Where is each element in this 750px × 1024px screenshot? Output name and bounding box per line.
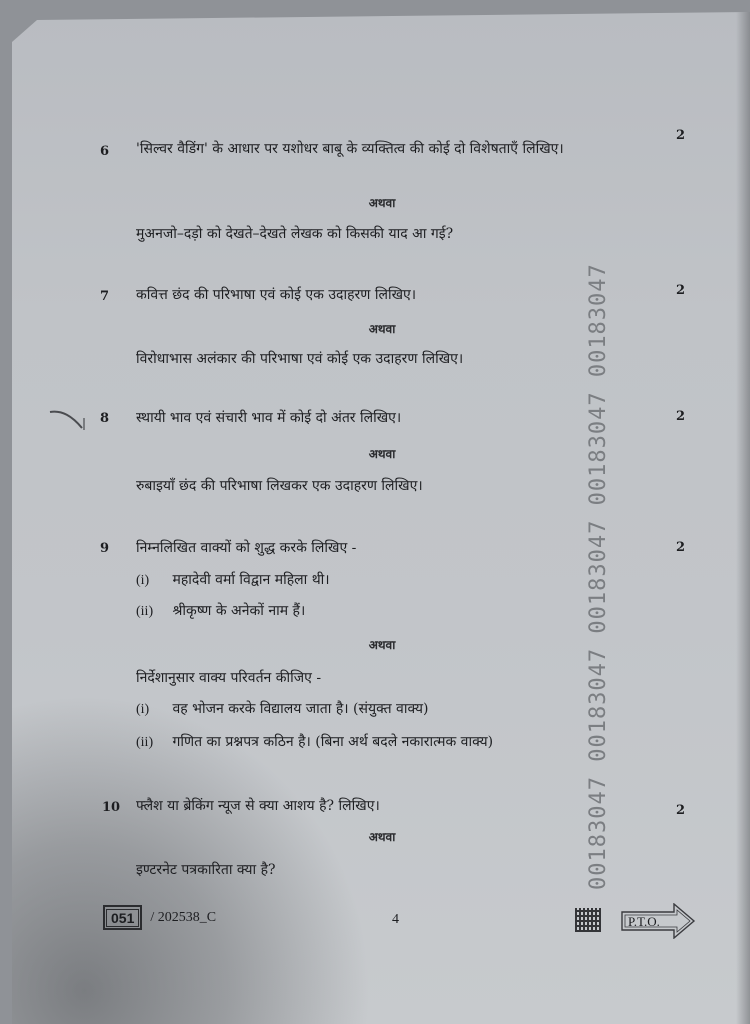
question-number: 9 <box>100 541 109 556</box>
pto-label: P.T.O. <box>628 914 660 930</box>
alternative-question: मुअनजो–दड़ो को देखते–देखते लेखक को किसकी… <box>136 224 616 243</box>
alt-subpart-item: (i) वह भोजन करके विद्यालय जाता है। (संयु… <box>136 699 429 718</box>
question-text: कवित्त छंद की परिभाषा एवं कोई एक उदाहरण … <box>136 283 606 307</box>
paper-code: 051 / 202538_C <box>103 905 216 930</box>
or-label: अथवा <box>0 320 750 337</box>
or-label: अथवा <box>0 636 750 653</box>
or-label: अथवा <box>0 445 750 462</box>
page-edge-shadow <box>736 12 750 1024</box>
alternative-question: रुबाइयाँ छंद की परिभाषा लिखकर एक उदाहरण … <box>136 476 616 495</box>
alternative-question: विरोधाभास अलंकार की परिभाषा एवं कोई एक उ… <box>136 349 616 368</box>
alternative-question: इण्टरनेट पत्रकारिता क्या है? <box>136 860 616 879</box>
question-marks: 2 <box>676 540 685 555</box>
question-marks: 2 <box>676 409 685 424</box>
subpart-item: (ii) श्रीकृष्ण के अनेकों नाम हैं। <box>136 601 305 620</box>
alt-subpart-item: (ii) गणित का प्रश्नपत्र कठिन है। (बिना अ… <box>136 732 493 751</box>
alternative-question: निर्देशानुसार वाक्य परिवर्तन कीजिए - <box>136 668 616 687</box>
question-marks: 2 <box>676 803 685 818</box>
or-label: अथवा <box>0 194 750 211</box>
question-marks: 2 <box>676 283 685 298</box>
or-label: अथवा <box>0 828 750 845</box>
question-text: 'सिल्वर वैडिंग' के आधार पर यशोधर बाबू के… <box>136 137 606 161</box>
paper-id: / 202538_C <box>150 910 216 926</box>
question-text: निम्नलिखित वाक्यों को शुद्ध करके लिखिए - <box>136 536 606 560</box>
question-number: 6 <box>100 144 109 159</box>
question-number: 7 <box>100 289 109 304</box>
datamatrix-barcode-icon <box>575 908 601 932</box>
question-text: स्थायी भाव एवं संचारी भाव में कोई दो अंत… <box>136 406 606 430</box>
subpart-item: (i) महादेवी वर्मा विद्वान महिला थी। <box>136 570 330 589</box>
pen-tick-mark-icon <box>48 408 88 432</box>
question-number: 10 <box>102 800 120 815</box>
page-number: 4 <box>392 912 399 928</box>
question-number: 8 <box>100 411 109 426</box>
question-marks: 2 <box>676 128 685 143</box>
subject-code-box: 051 <box>103 905 142 930</box>
question-text: फ्लैश या ब्रेकिंग न्यूज से क्या आशय है? … <box>136 794 606 818</box>
